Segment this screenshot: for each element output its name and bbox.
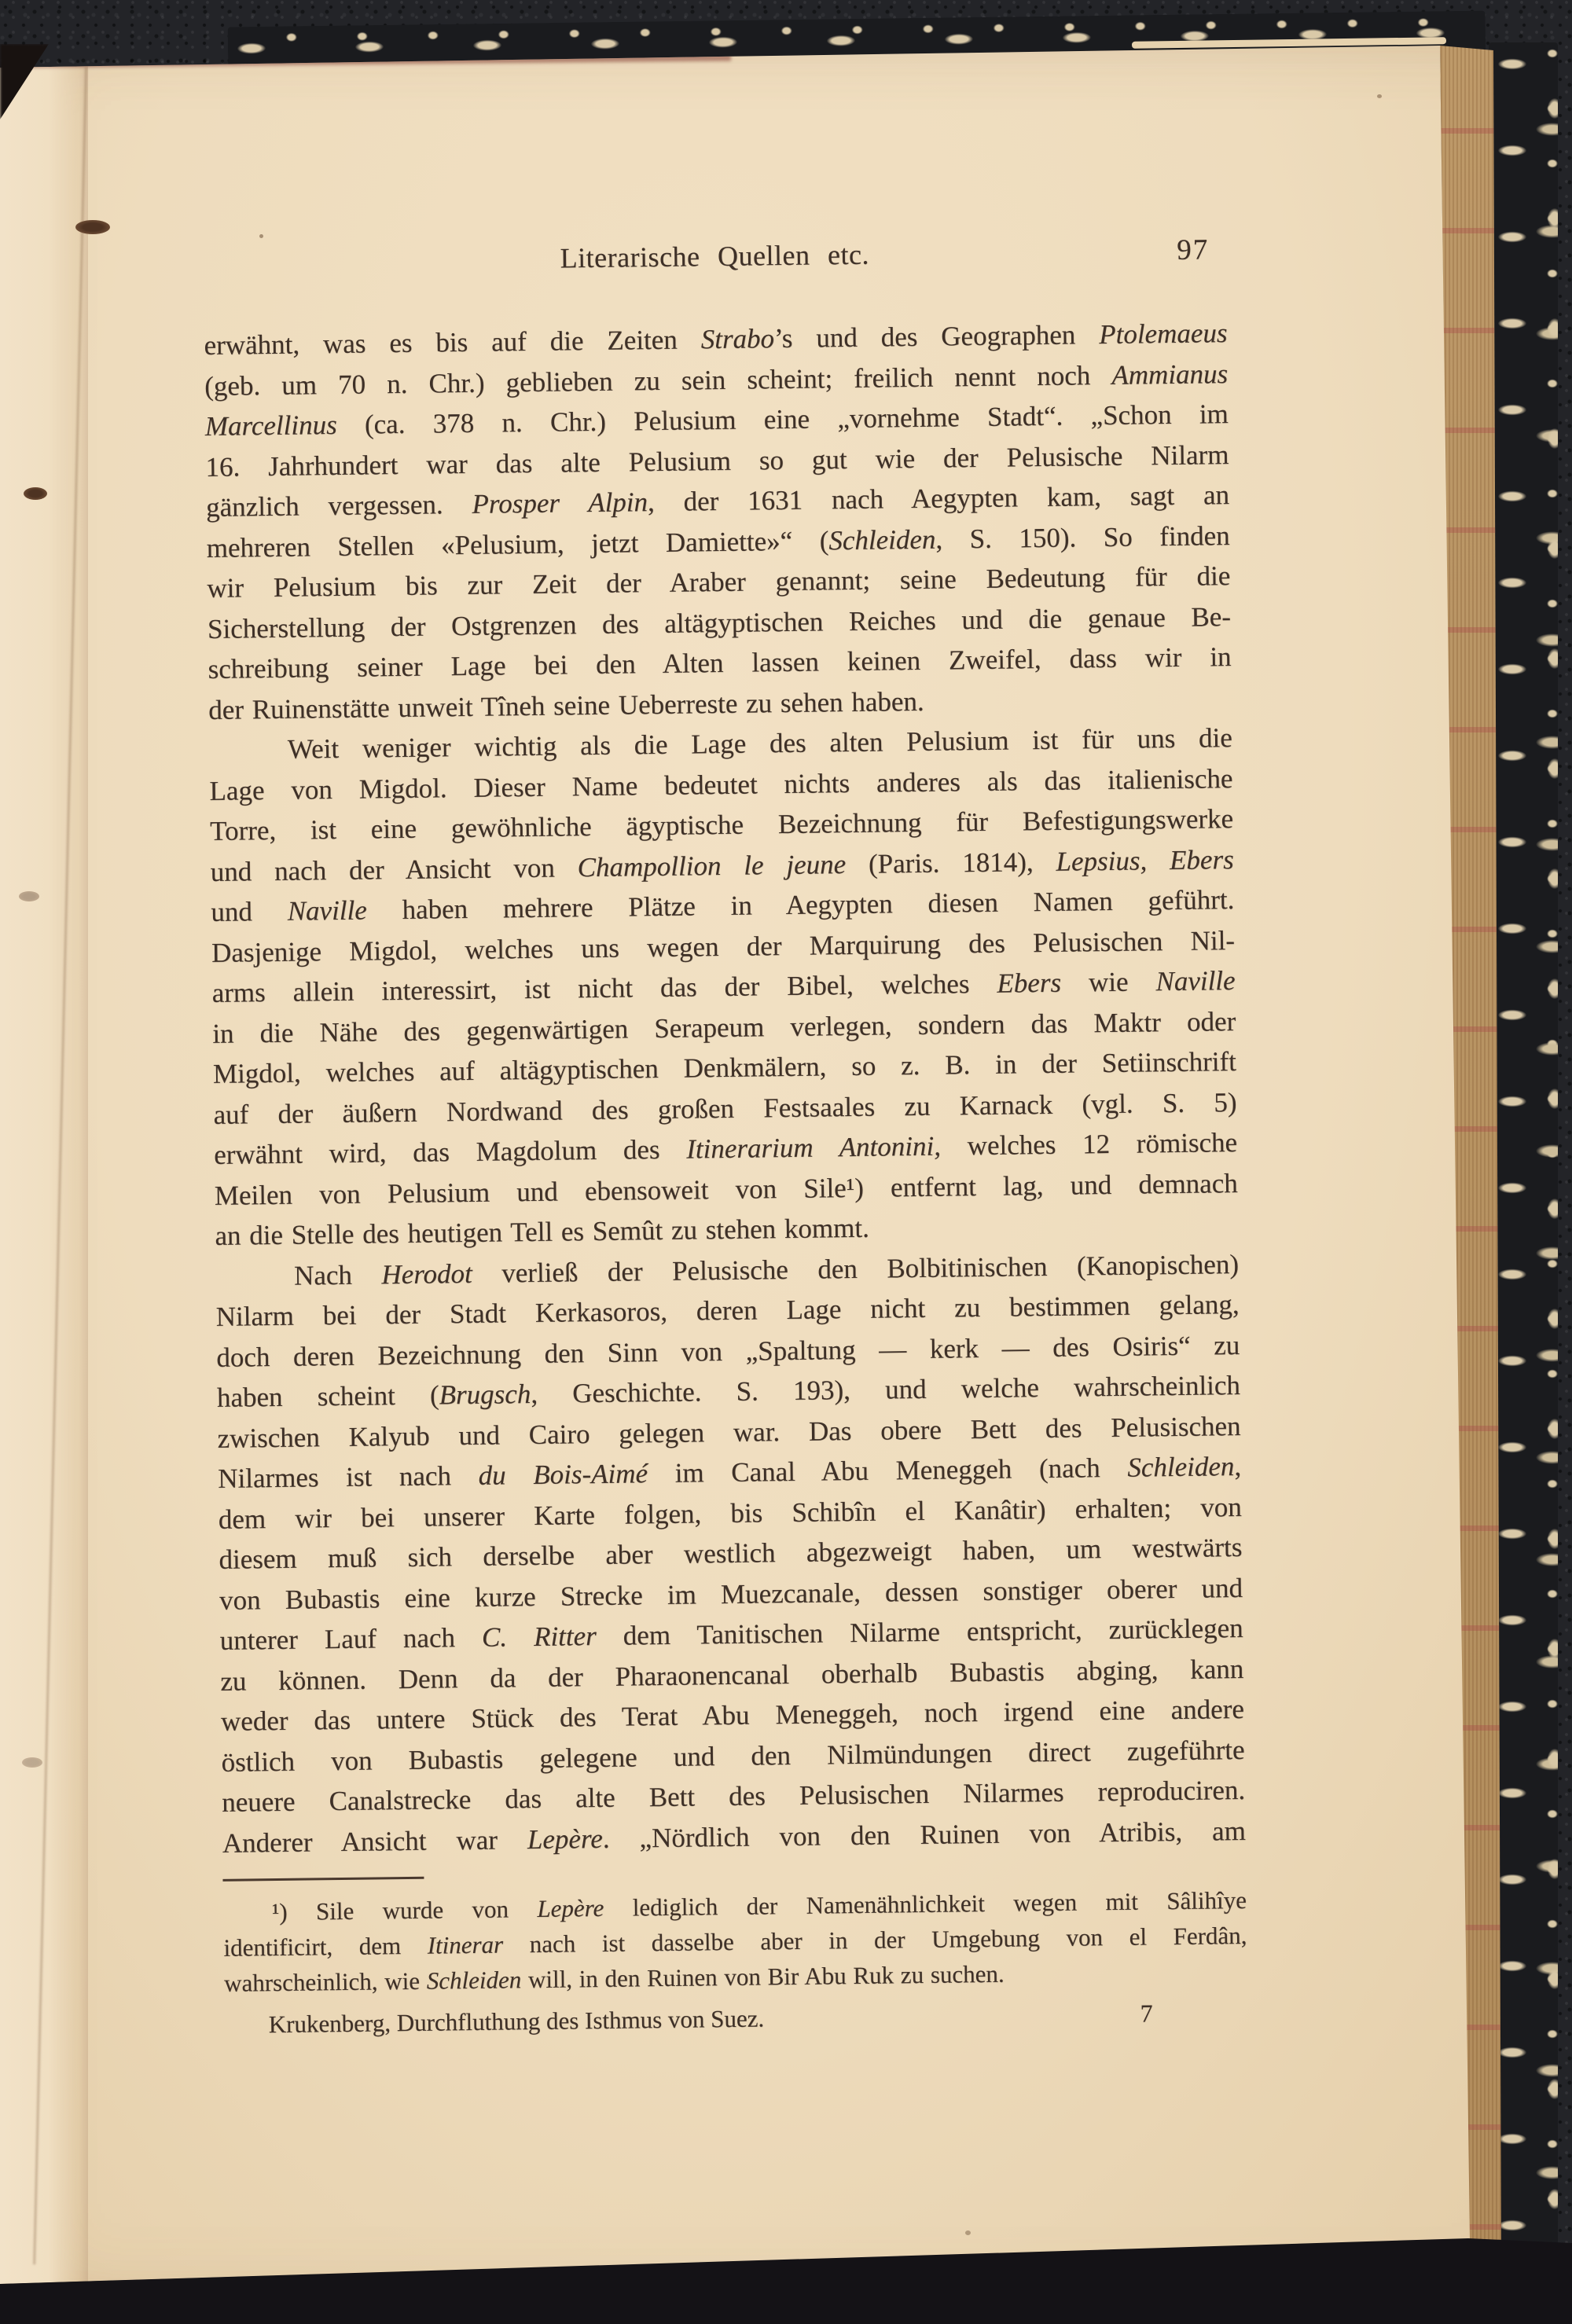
book-scan: Literarische Quellen etc. 97 erwähnt, wa… (0, 0, 1572, 2324)
running-title: Literarische Quellen etc. (560, 238, 869, 275)
sewing-hole (19, 891, 39, 901)
imprint-line: Krukenberg, Durchfluthung des Isthmus vo… (224, 1995, 1247, 2043)
page-header: Literarische Quellen etc. 97 (203, 229, 1227, 283)
body-text: erwähnt, was es bis auf die Zeiten Strab… (204, 313, 1246, 1863)
sewing-hole (75, 220, 110, 234)
paper-speck (965, 2230, 971, 2235)
sheet-signature-number: 7 (1140, 1995, 1153, 2031)
sewing-hole (22, 1757, 42, 1768)
publisher-imprint: Krukenberg, Durchfluthung des Isthmus vo… (268, 2004, 764, 2038)
page-number: 97 (1177, 233, 1210, 266)
page-content: Literarische Quellen etc. 97 erwähnt, wa… (203, 229, 1248, 2043)
paper-speck (1377, 94, 1382, 98)
sewing-hole (24, 487, 47, 500)
footnote-separator (222, 1877, 424, 1882)
paper-speck (259, 234, 263, 238)
book-page: Literarische Quellen etc. 97 erwähnt, wa… (0, 0, 1572, 2324)
footnote: ¹) Sile wurde von Lepère lediglich der N… (223, 1882, 1248, 2001)
gutter-fold (0, 63, 88, 2284)
